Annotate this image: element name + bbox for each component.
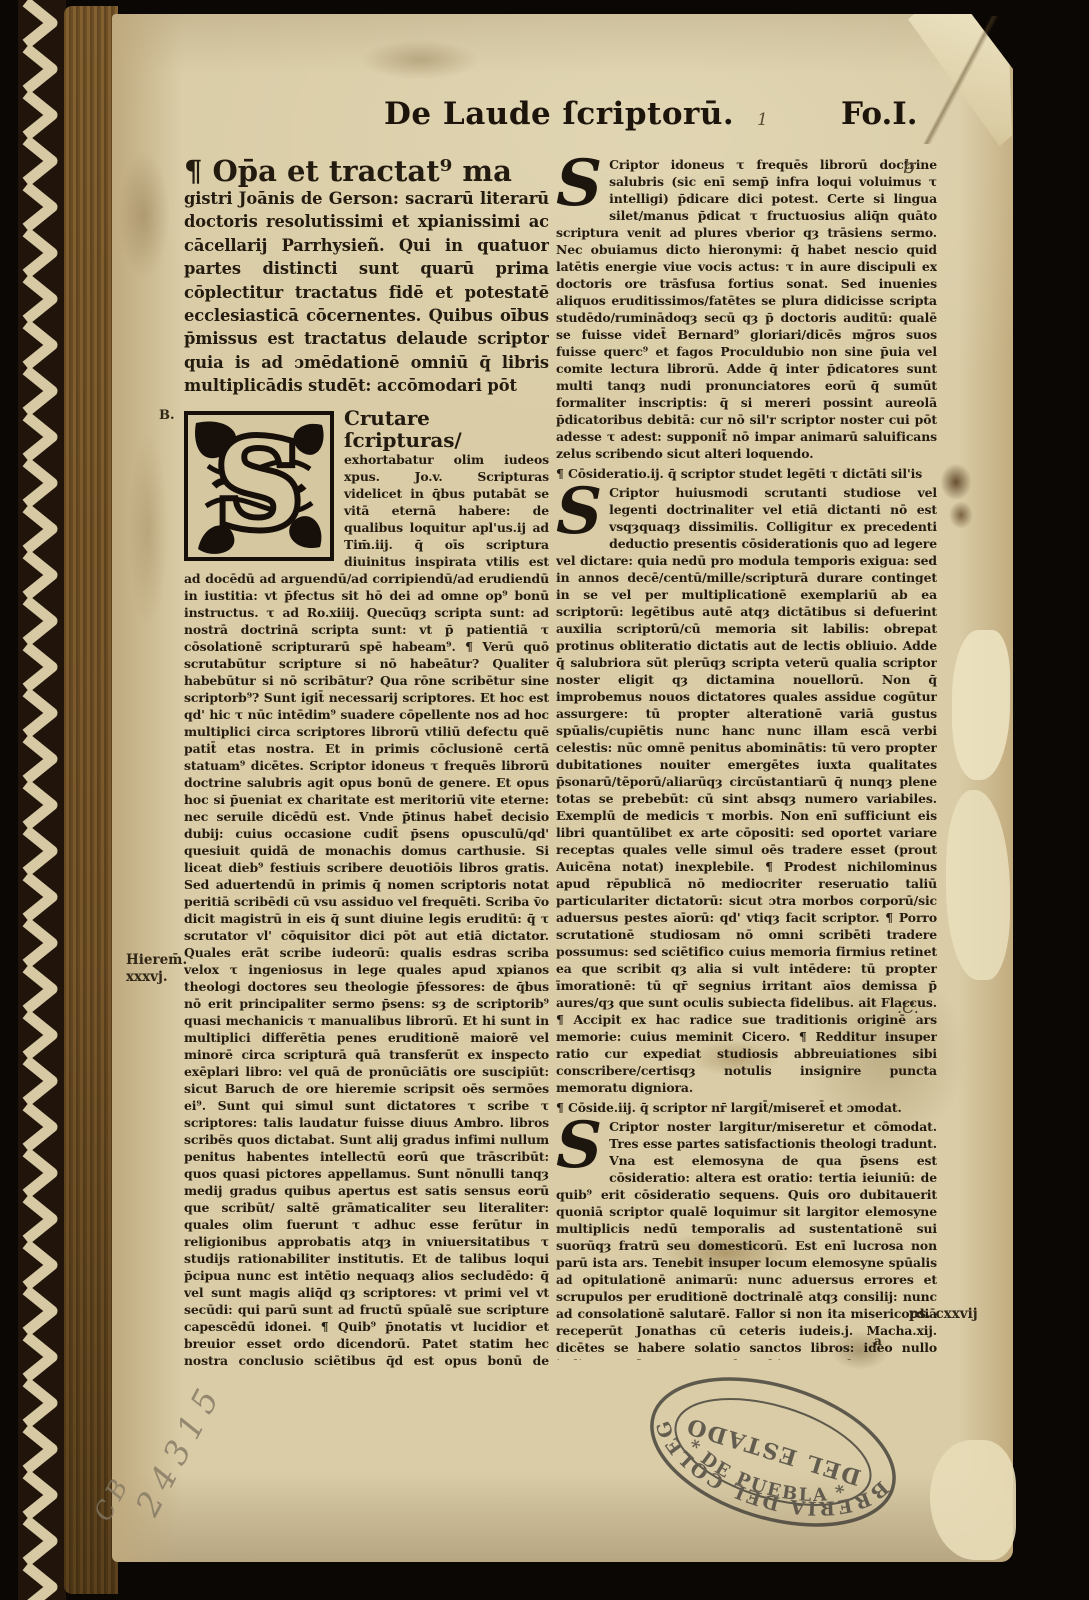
- paragraph-scriptor-noster: S Criptor noster largitur/miseretur et c…: [556, 1118, 937, 1360]
- page-title: De Laude ſcriptorū.: [384, 96, 734, 132]
- intro-lead-line: ¶ Op̄a et tractat⁹ ma: [184, 156, 549, 187]
- paragraph-2-text: Criptor huiusmodi scrutanti studiose vel…: [556, 485, 937, 1095]
- book-binding-edge: [18, 0, 66, 1600]
- intro-paragraph: ¶ Op̄a et tractat⁹ ma gistri Joānis de G…: [184, 156, 549, 398]
- handwritten-mark: 1: [757, 110, 768, 130]
- margin-note-B: B.: [159, 408, 175, 423]
- margin-note-psalm: ps. cxxvij: [909, 1306, 978, 1322]
- paragraph-scriptor-idoneus: S Criptor idoneus τ frequēs librorū doct…: [556, 156, 937, 462]
- dropcap-initial-s: S: [556, 159, 602, 209]
- scrutare-paragraph: S S Crutare ſcripturas/ exhortabatur oli…: [184, 407, 549, 1368]
- woodcut-letter: S: [216, 415, 301, 554]
- hieremias-line-1: Hierem̄.: [126, 952, 184, 969]
- margin-note-hieremias: Hierem̄. xxxvj.: [126, 952, 184, 986]
- paragraph-1-text: Criptor idoneus τ frequēs librorū doctri…: [556, 157, 937, 461]
- woodcut-initial-s: S S: [184, 411, 334, 561]
- scrutare-lead-line: Crutare ſcripturas/: [344, 406, 462, 452]
- margin-note-b: b: [903, 156, 915, 178]
- margin-note-c: .C.: [897, 998, 919, 1017]
- photo-background: De Laude ſcriptorū. Fo.I. 1 ¶ Op̄a et tr…: [0, 0, 1089, 1600]
- consideratio-ii-heading: ¶ Cōsideratio.ij. q̄ scriptor studet leg…: [556, 465, 937, 482]
- signature-mark-a: a: [874, 1334, 882, 1348]
- consideratio-iii-heading: ¶ Cōside.iij. q̄ scriptor nr̄ largit̄/mi…: [556, 1099, 937, 1116]
- scrutare-body-text: exhortabatur olim iudeos xpus. Jo.v. Scr…: [184, 452, 549, 1368]
- paragraph-3-text: Criptor noster largitur/miseretur et cōm…: [556, 1119, 937, 1360]
- hieremias-line-2: xxxvj.: [126, 969, 184, 986]
- dropcap-initial-s: S: [556, 1121, 602, 1171]
- left-text-column: ¶ Op̄a et tractat⁹ ma gistri Joānis de G…: [184, 156, 549, 1368]
- stacked-page-edges: [64, 6, 118, 1594]
- dropcap-initial-s: S: [556, 487, 602, 537]
- paragraph-scriptor-huiusmodi: S Criptor huiusmodi scrutanti studiose v…: [556, 484, 937, 1096]
- folio-number: Fo.I.: [841, 96, 918, 132]
- right-text-column: S Criptor idoneus τ frequēs librorū doct…: [556, 156, 937, 1360]
- intro-body-text: gistri Joānis de Gerson: sacrarū literar…: [184, 187, 549, 398]
- sewn-zigzag-pattern: [18, 0, 66, 1600]
- fold-crease: [908, 16, 1012, 144]
